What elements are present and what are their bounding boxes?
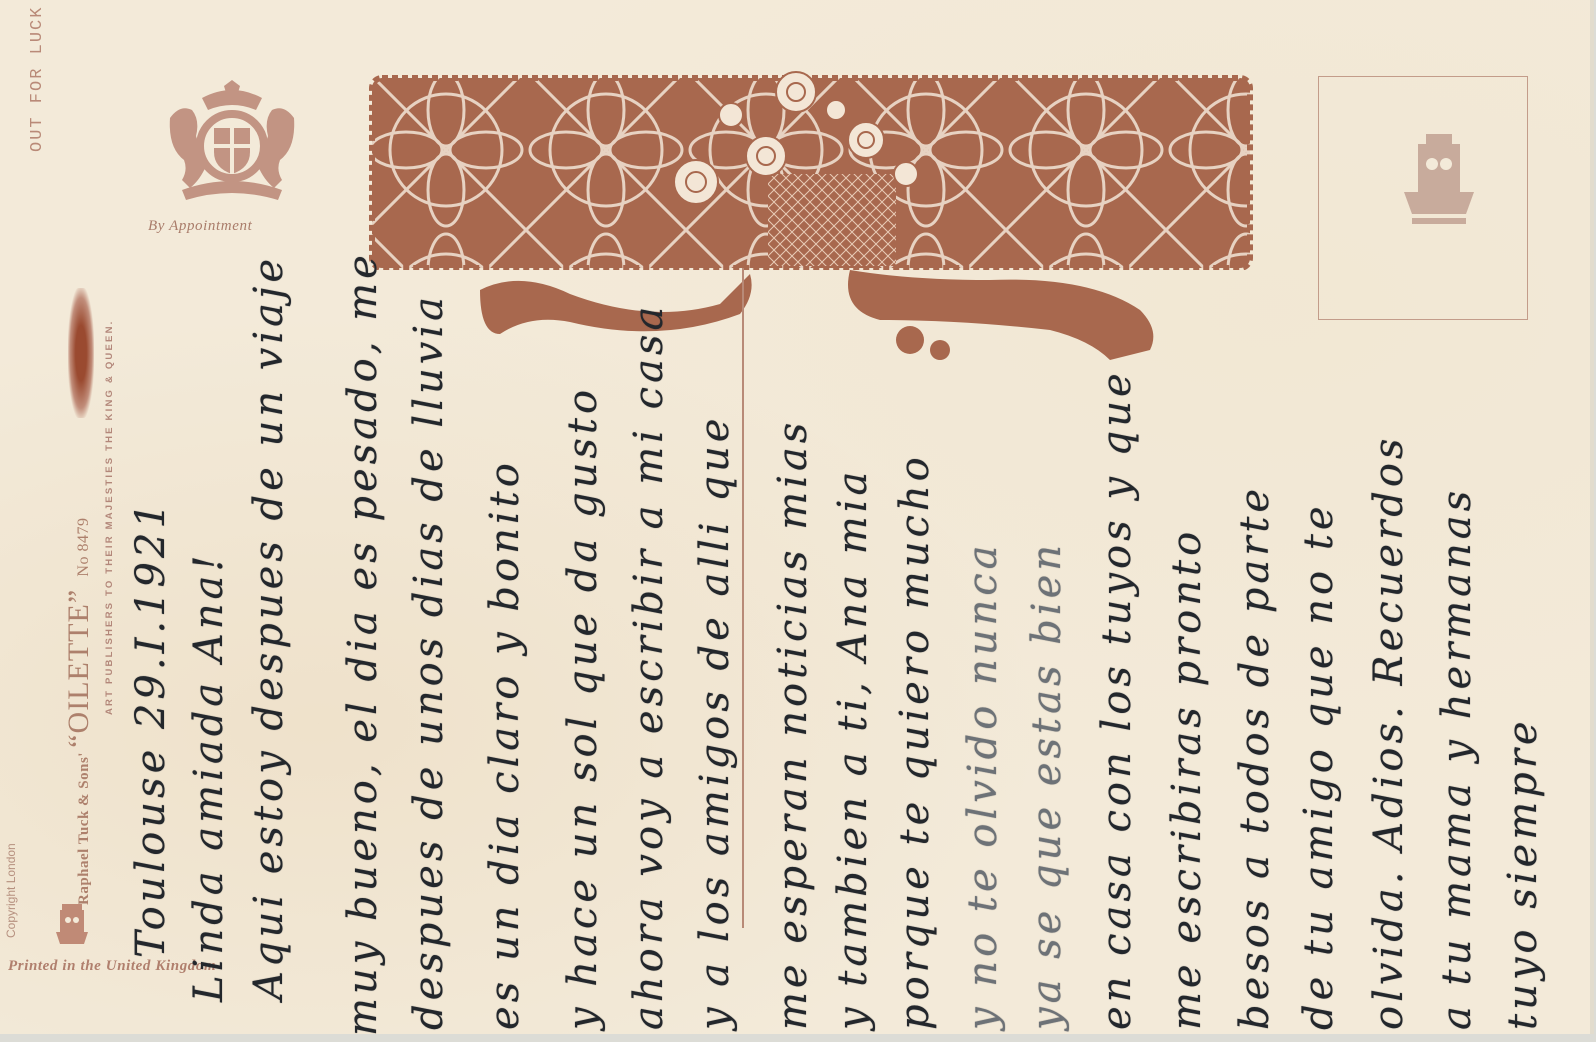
ink-smudge <box>68 288 94 418</box>
handwritten-line: olvida. Adios. Recuerdos <box>1366 435 1412 1030</box>
handwritten-line: a tu mama y hermanas <box>1434 487 1480 1030</box>
handwritten-line: porque te quiero mucho <box>892 453 938 1030</box>
royal-coat-of-arms-icon <box>162 78 302 208</box>
publisher-name: Raphael Tuck & Sons' <box>76 752 92 905</box>
handwritten-line: muy bueno, el dia es pesado, me <box>340 251 386 1034</box>
handwritten-line: de tu amigo que no te <box>1296 502 1342 1030</box>
handwritten-line: y hace un sol que da gusto <box>560 386 606 1030</box>
stamp-box-easel-icon <box>1398 130 1480 230</box>
handwritten-line: besos a todos de parte <box>1232 485 1278 1030</box>
copyright-label: Copyright London <box>4 843 18 938</box>
handwritten-line: y no te olvido nunca <box>960 541 1006 1030</box>
postcard-back: By Appointment OUT FOR LUCK Raphael Tuck… <box>0 0 1594 1034</box>
handwritten-line: tuyo siempre <box>1500 717 1546 1030</box>
handwritten-line: Toulouse 29.I.1921 <box>128 499 174 958</box>
by-appointment-label: By Appointment <box>148 218 252 235</box>
celtic-knot-floral-banner <box>366 70 1256 270</box>
series-name: “OILETTE” <box>62 589 95 748</box>
series-number: No 8479 <box>75 518 92 577</box>
tuck-easel-logo-icon <box>52 900 92 948</box>
handwritten-line: me escribiras pronto <box>1164 528 1210 1030</box>
handwritten-line: despues de unos dias de lluvia <box>406 293 452 1030</box>
ribbon-decoration <box>470 250 1190 370</box>
handwritten-line: ahora voy a escribir a mi casa <box>626 303 672 1030</box>
card-title: OUT FOR LUCK <box>28 6 47 152</box>
handwritten-line: y tambien a ti, Ana mia <box>830 468 876 1030</box>
handwritten-line: ya se que estas bien <box>1024 541 1070 1030</box>
handwritten-line: me esperan noticias mias <box>770 419 816 1030</box>
handwritten-line: y a los amigos de alli que <box>692 415 738 1030</box>
address-divider-line <box>742 268 744 928</box>
handwritten-line: Linda amiada Ana! <box>186 552 232 1002</box>
publisher-line: Raphael Tuck & Sons' “OILETTE” No 8479 <box>62 518 96 905</box>
royal-warrant-line: ART PUBLISHERS TO THEIR MAJESTIES THE KI… <box>104 320 115 715</box>
handwritten-line: en casa con los tuyos y que <box>1094 369 1140 1030</box>
handwritten-line: es un dia claro y bonito <box>482 459 528 1030</box>
handwritten-line: Aqui estoy despues de un viaje <box>246 255 292 1000</box>
